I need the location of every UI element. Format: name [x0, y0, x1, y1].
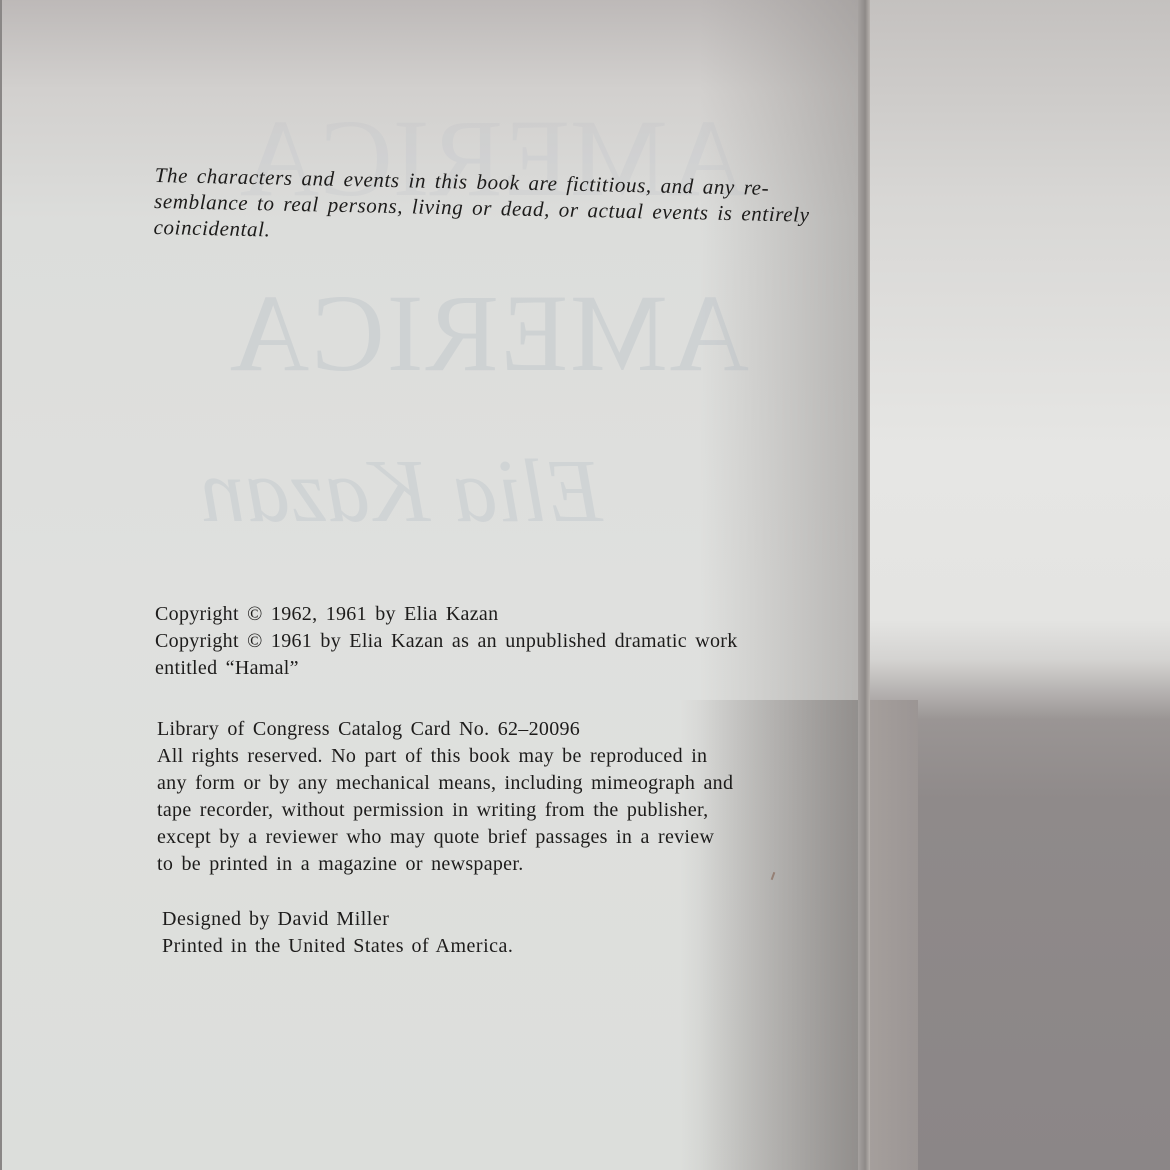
designer-credit: Designed by David Miller [162, 906, 513, 933]
copyright-notice: Copyright © 1962, 1961 by Elia Kazan Cop… [155, 601, 738, 682]
printing-credit: Printed in the United States of America. [162, 933, 513, 960]
rights-line: any form or by any mechanical means, inc… [157, 770, 733, 797]
rights-line: All rights reserved. No part of this boo… [157, 743, 733, 770]
rights-line: except by a reviewer who may quote brief… [157, 824, 733, 851]
book-gutter [858, 0, 870, 1170]
rights-line: tape recorder, without permission in wri… [157, 797, 733, 824]
rights-line: to be printed in a magazine or newspaper… [157, 851, 733, 878]
facing-page-edge-shadow [870, 700, 918, 1170]
show-through-title: AMERICA [228, 270, 749, 397]
catalog-number: Library of Congress Catalog Card No. 62–… [157, 716, 733, 743]
show-through-signature: Elia Kazan [200, 440, 603, 543]
copyright-line: Copyright © 1961 by Elia Kazan as an unp… [155, 628, 738, 655]
copyright-line: Copyright © 1962, 1961 by Elia Kazan [155, 601, 738, 628]
fiction-disclaimer: The characters and events in this book a… [153, 162, 810, 254]
production-credits: Designed by David Miller Printed in the … [162, 906, 513, 960]
copyright-line: entitled “Hamal” [155, 655, 738, 682]
rights-statement: Library of Congress Catalog Card No. 62–… [157, 716, 733, 878]
book-spread: AMERICA AMERICA Elia Kazan The character… [0, 0, 1170, 1170]
